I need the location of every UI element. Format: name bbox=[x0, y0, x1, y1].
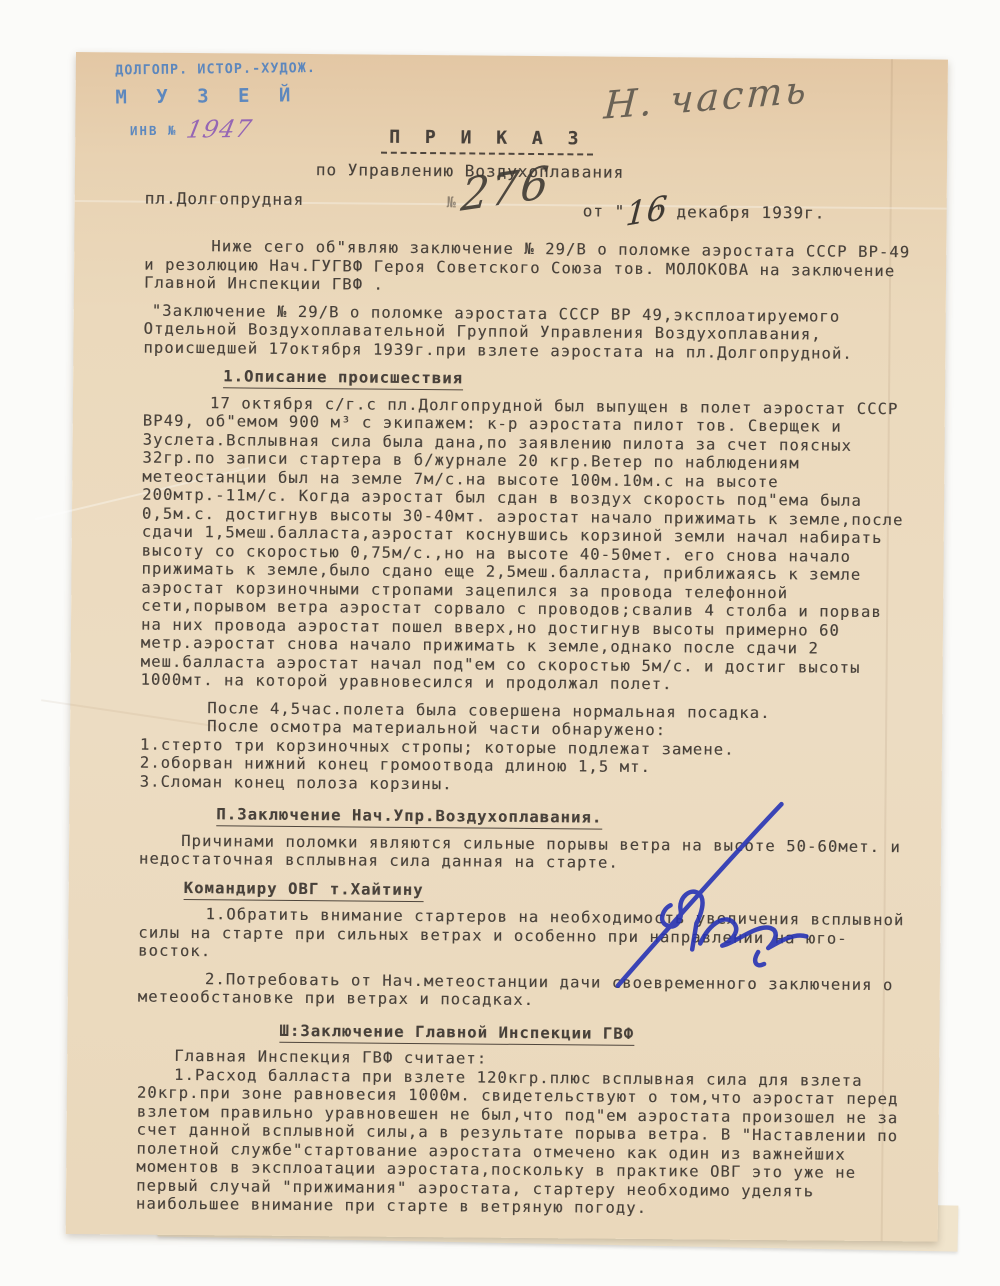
handwritten-inventory-number: 1947 bbox=[184, 110, 256, 147]
scanned-document-page: { "stamp": { "line1": "ДОЛГОПР. ИСТОР.-Х… bbox=[0, 0, 1000, 1286]
date-prefix: от " bbox=[583, 201, 626, 220]
pencil-note-top-right: Н. часть bbox=[603, 67, 811, 127]
stamp-inventory-label: ИНВ № bbox=[130, 121, 178, 140]
section-heading-incident: 1.Описание происшествия bbox=[143, 367, 909, 392]
paragraph-inspection-analysis: 1.Расход балласта при взлете 120кгр.плюс… bbox=[136, 1065, 903, 1220]
paragraph-incident-description: 17 октября с/г.с пл.Долгопрудной был вып… bbox=[140, 393, 909, 696]
section-heading-inspection-conclusion: Ш:Заключение Главной Инспекции ГВФ bbox=[137, 1020, 903, 1045]
document-paper: ДОЛГОПР. ИСТОР.-ХУДОЖ. М У З Е Й ИНВ № 1… bbox=[66, 52, 948, 1242]
date-line: от "16" декабря 1939г. bbox=[582, 192, 825, 232]
paragraph-conclusion-intro: "Заключение № 29/В о поломке аэростата С… bbox=[143, 301, 909, 363]
document-body: Ниже сего об"являю заключение № 29/В о п… bbox=[136, 237, 910, 1220]
museum-stamp: ДОЛГОПР. ИСТОР.-ХУДОЖ. М У З Е Й ИНВ № 1… bbox=[115, 58, 317, 148]
paragraph-announcement: Ниже сего об"являю заключение № 29/В о п… bbox=[144, 237, 910, 299]
blue-ink-signature bbox=[608, 793, 840, 995]
order-title: П Р И К А З bbox=[381, 127, 593, 156]
date-suffix: " декабря 1939г. bbox=[655, 202, 825, 222]
stamp-museum-line: М У З Е Й bbox=[115, 81, 316, 112]
stamp-org-line: ДОЛГОПР. ИСТОР.-ХУДОЖ. bbox=[115, 58, 316, 81]
number-sign: № bbox=[447, 193, 456, 211]
handwritten-date-day: 16 bbox=[624, 190, 657, 234]
place-label: пл.Долгопрудная bbox=[145, 189, 305, 209]
